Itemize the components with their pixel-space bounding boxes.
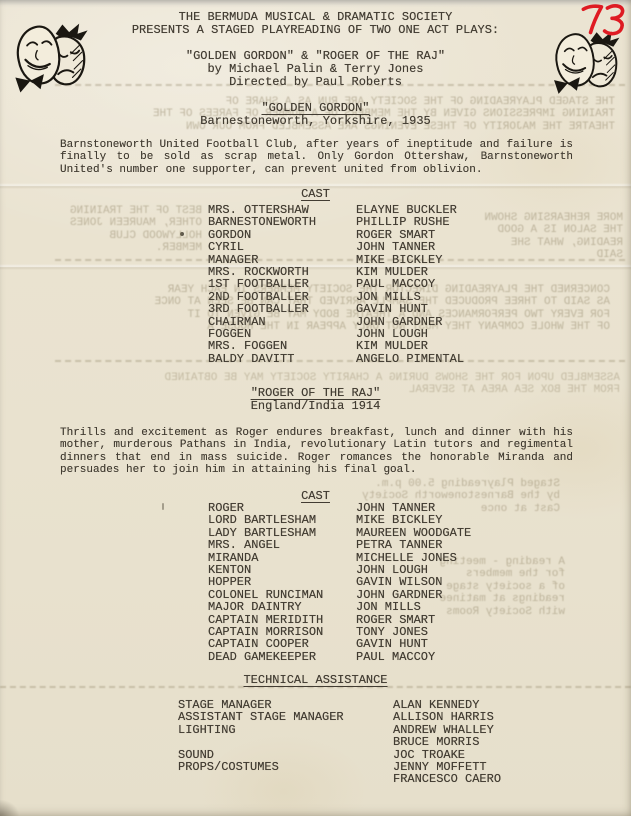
bleedthrough-text: BEST OF THE TRAINING OTHER, MAUREEN JONE…: [62, 205, 202, 255]
cast-row: CAPTAIN COOPER GAVIN HUNT: [208, 638, 471, 650]
cast-actor: JOHN TANNER: [356, 241, 435, 253]
cast-row: DEAD GAMEKEEPER PAUL MACCOY: [208, 651, 471, 663]
cast-row: 3RD FOOTBALLER GAVIN HUNT: [208, 303, 464, 315]
cast-row: BARNESTONEWORTH PHILLIP RUSHE: [208, 216, 464, 228]
cast-role: BALDY DAVITT: [208, 353, 356, 365]
credit-name: BRUCE MORRIS: [393, 736, 479, 748]
cast-actor: KIM MULDER: [356, 340, 428, 352]
scan-top-edge: [0, 0, 631, 8]
cast-role: MRS. FOGGEN: [208, 340, 356, 352]
cast-role: CAPTAIN COOPER: [208, 638, 356, 650]
cast-row: MRS. FOGGEN KIM MULDER: [208, 340, 464, 352]
ink-speck: [162, 503, 164, 510]
cast-actor: JON MILLS: [356, 601, 421, 613]
cast-row: MRS. ANGEL PETRA TANNER: [208, 539, 471, 551]
credit-row: ASSISTANT STAGE MANAGER ALLISON HARRIS: [178, 711, 501, 723]
cast-actor: PAUL MACCOY: [356, 278, 435, 290]
program-page: THE STAGED PLAYREADING OF THE SOCIETY AR…: [0, 0, 631, 816]
cast-role: LORD BARTLESHAM: [208, 514, 356, 526]
authors-line: by Michael Palin & Terry Jones: [0, 63, 631, 75]
cast-role: BARNESTONEWORTH: [208, 216, 356, 228]
cast-actor: PAUL MACCOY: [356, 651, 435, 663]
cast-role: MRS. ANGEL: [208, 539, 356, 551]
credit-row: BRUCE MORRIS: [178, 736, 501, 748]
roger-raj-cast-heading: CAST: [0, 490, 631, 502]
golden-gordon-cast-list: MRS. OTTERSHAW ELAYNE BUCKLER BARNESTONE…: [208, 204, 464, 365]
cast-row: MAJOR DAINTRY JON MILLS: [208, 601, 471, 613]
golden-gordon-cast-heading: CAST: [0, 188, 631, 200]
roger-raj-title: "ROGER OF THE RAJ": [0, 387, 631, 399]
cast-row: BALDY DAVITT ANGELO PIMENTAL: [208, 353, 464, 365]
technical-assistance-list: STAGE MANAGER ALAN KENNEDY ASSISTANT STA…: [178, 699, 501, 786]
roger-raj-cast-list: ROGER JOHN TANNER LORD BARTLESHAM MIKE B…: [208, 502, 471, 663]
cast-role: HOPPER: [208, 576, 356, 588]
cast-role: 1ST FOOTBALLER: [208, 278, 356, 290]
cast-actor: PETRA TANNER: [356, 539, 442, 551]
credit-name: ALLISON HARRIS: [393, 711, 494, 723]
cast-role: DEAD GAMEKEEPER: [208, 651, 356, 663]
cast-actor: GAVIN HUNT: [356, 303, 428, 315]
cast-actor: ANGELO PIMENTAL: [356, 353, 464, 365]
corner-shadow: [0, 792, 28, 816]
cast-role: 3RD FOOTBALLER: [208, 303, 356, 315]
cast-row: LORD BARTLESHAM MIKE BICKLEY: [208, 514, 471, 526]
cast-actor: PHILLIP RUSHE: [356, 216, 450, 228]
cast-row: 1ST FOOTBALLER PAUL MACCOY: [208, 278, 464, 290]
cast-role: MAJOR DAINTRY: [208, 601, 356, 613]
cast-actor: GAVIN HUNT: [356, 638, 428, 650]
golden-gordon-setting: Barnestoneworth, Yorkshire, 1935: [0, 115, 631, 127]
golden-gordon-title-text: "GOLDEN GORDON": [261, 101, 369, 115]
credit-row: FRANCESCO CAERO: [178, 773, 501, 785]
credit-name: FRANCESCO CAERO: [393, 773, 501, 785]
bleedthrough-text: MORE REHEARSING SHOWN THE SALON IS A GOO…: [478, 212, 623, 262]
director-line: Directed by Paul Roberts: [0, 76, 631, 88]
credit-role: [178, 773, 393, 785]
cast-row: CYRIL JOHN TANNER: [208, 241, 464, 253]
golden-gordon-title: "GOLDEN GORDON": [0, 102, 631, 114]
cast-actor: GAVIN WILSON: [356, 576, 442, 588]
credit-role: PROPS/COSTUMES: [178, 761, 393, 773]
roger-raj-title-text: "ROGER OF THE RAJ": [251, 386, 381, 400]
credit-role: LIGHTING: [178, 724, 393, 736]
technical-assistance-heading: TECHNICAL ASSISTANCE: [0, 674, 631, 686]
presents-line: PRESENTS A STAGED PLAYREADING OF TWO ONE…: [0, 24, 631, 36]
roger-raj-synopsis: Thrills and excitement as Roger endures …: [60, 427, 573, 477]
cast-row: HOPPER GAVIN WILSON: [208, 576, 471, 588]
credit-role: ASSISTANT STAGE MANAGER: [178, 711, 393, 723]
plays-title: "GOLDEN GORDON" & "ROGER OF THE RAJ": [0, 50, 631, 62]
cast-role: CYRIL: [208, 241, 356, 253]
cast-actor: MIKE BICKLEY: [356, 514, 442, 526]
golden-gordon-synopsis: Barnstoneworth United Football Club, aft…: [60, 139, 573, 176]
credit-role: [178, 736, 393, 748]
society-title: THE BERMUDA MUSICAL & DRAMATIC SOCIETY: [0, 11, 631, 23]
roger-raj-setting: England/India 1914: [0, 400, 631, 412]
